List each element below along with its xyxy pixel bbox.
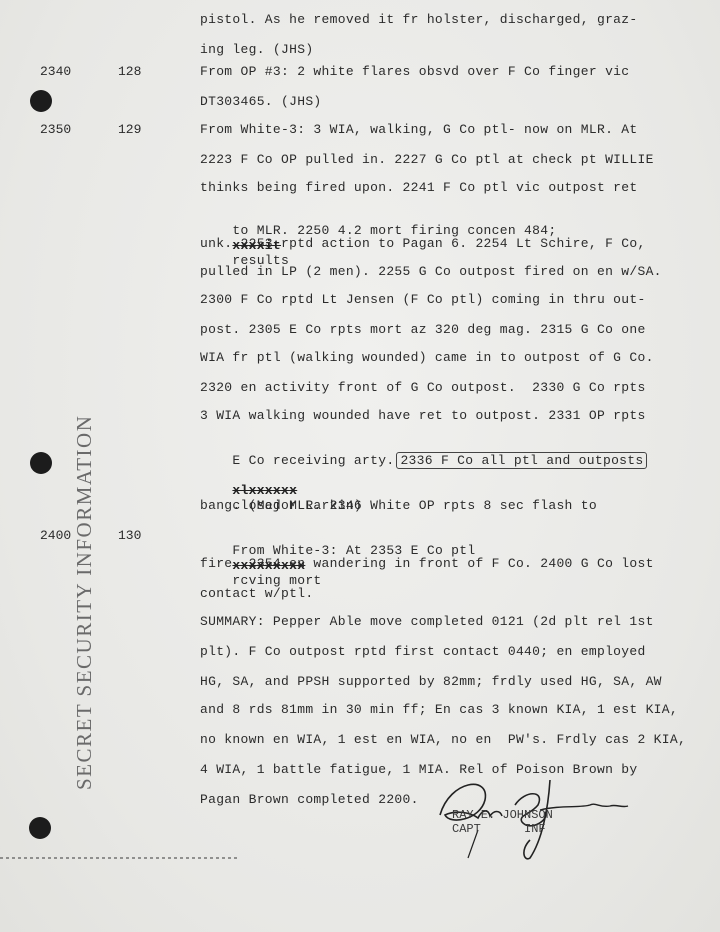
text-line: DT303465. (JHS) <box>200 94 322 109</box>
punch-hole <box>29 817 51 839</box>
summary-line: plt). F Co outpost rptd first contact 04… <box>200 644 646 659</box>
text-line: From White-3: 3 WIA, walking, G Co ptl- … <box>200 122 637 137</box>
entry-time: 2350 <box>40 122 71 137</box>
text-line: fire. 2354 en wandering in front of F Co… <box>200 556 654 571</box>
entry-number: 129 <box>118 122 141 137</box>
text-line: ing leg. (JHS) <box>200 42 313 57</box>
entry-time: 2340 <box>40 64 71 79</box>
text-line: pulled in LP (2 men). 2255 G Co outpost … <box>200 264 662 279</box>
text-line: 2223 F Co OP pulled in. 2227 G Co ptl at… <box>200 152 654 167</box>
struck-word: xlxxxxxx <box>232 483 297 498</box>
text-line: WIA fr ptl (walking wounded) came in to … <box>200 350 654 365</box>
text-segment: E Co receiving arty. <box>232 453 394 468</box>
text-line: post. 2305 E Co rpts mort az 320 deg mag… <box>200 322 646 337</box>
document-page: SECRET SECURITY INFORMATION pistol. As h… <box>0 0 720 932</box>
summary-line: and 8 rds 81mm in 30 min ff; En cas 3 kn… <box>200 702 678 717</box>
text-line: 3 WIA walking wounded have ret to outpos… <box>200 408 646 423</box>
punch-hole <box>30 90 52 112</box>
entry-number: 130 <box>118 528 141 543</box>
text-line: 2320 en activity front of G Co outpost. … <box>200 380 646 395</box>
classification-stamp: SECRET SECURITY INFORMATION <box>72 415 97 790</box>
text-line: thinks being fired upon. 2241 F Co ptl v… <box>200 180 637 195</box>
signer-name: RAY E. JOHNSON <box>452 808 553 822</box>
entry-number: 128 <box>118 64 141 79</box>
signer-rank: CAPT <box>452 822 481 836</box>
entry-time: 2400 <box>40 528 71 543</box>
summary-line: Pagan Brown completed 2200. <box>200 792 419 807</box>
text-line: 2300 F Co rptd Lt Jensen (F Co ptl) comi… <box>200 292 646 307</box>
summary-line: no known en WIA, 1 est en WIA, no en PW'… <box>200 732 686 747</box>
signature-block: RAY E. JOHNSON CAPT INF <box>452 808 553 836</box>
summary-line: SUMMARY: Pepper Able move completed 0121… <box>200 614 654 629</box>
page-edge-mark <box>0 857 240 859</box>
summary-line: HG, SA, and PPSH supported by 82mm; frdl… <box>200 674 662 689</box>
text-line: contact w/ptl. <box>200 586 313 601</box>
text-line: pistol. As he removed it fr holster, dis… <box>200 12 637 27</box>
boxed-insertion: 2336 F Co all ptl and outposts <box>396 452 647 469</box>
text-line: bang. (Major Larkin) <box>200 498 362 513</box>
punch-hole <box>30 452 52 474</box>
text-line: unk. 2253 rptd action to Pagan 6. 2254 L… <box>200 236 646 251</box>
text-line: From OP #3: 2 white flares obsvd over F … <box>200 64 629 79</box>
signer-branch: INF <box>524 822 546 836</box>
